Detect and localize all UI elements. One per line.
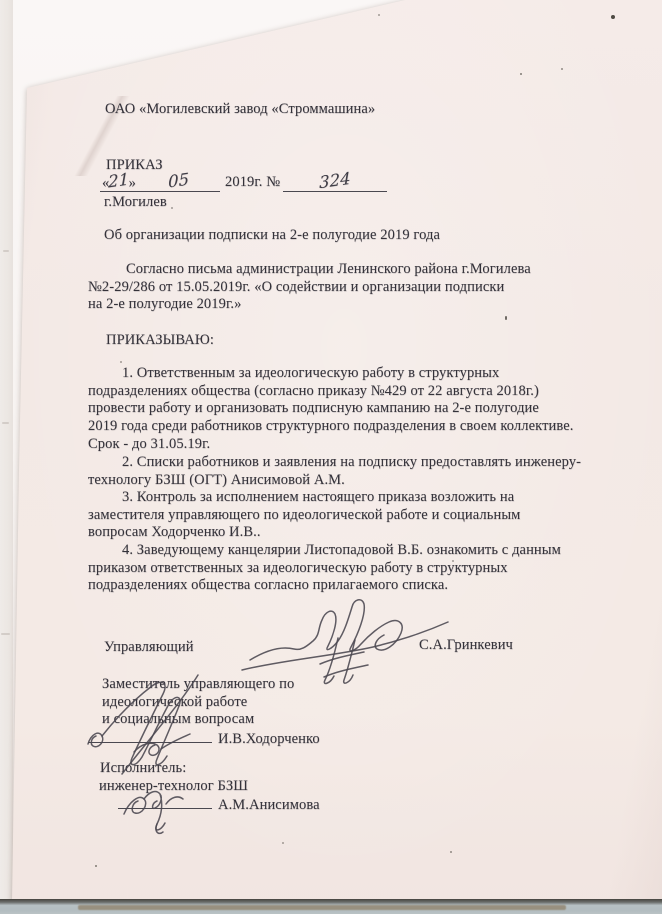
deputy-title: Заместитель управляющего по идеологическ… [102,676,642,729]
document-content: ОАО «Могилевский завод «Строммашина» ПРИ… [0,0,662,914]
date-month-blank: 05 [138,173,220,192]
paper-speck [611,15,615,19]
paper-speck [452,560,454,562]
intro-paragraph: Согласно письма администрации Ленинского… [88,261,628,314]
deputy-signature-row: И.В.Ходорченко [88,726,320,749]
paper-sheet: ОАО «Могилевский завод «Строммашина» ПРИ… [0,0,662,914]
deputy-name: И.В.Ходорченко [218,731,320,747]
date-day-blank: «21» [100,173,138,192]
executor-name: А.М.Анисимова [218,797,320,813]
order-item-1: 1. Ответственным за идеологическую работ… [88,365,628,454]
order-word: ПРИКАЗЫВАЮ: [106,332,214,350]
city: г.Могилев [104,194,167,212]
paper-sheet-wrap: ОАО «Могилевский завод «Строммашина» ПРИ… [0,0,662,914]
paper-speck [95,865,97,867]
paper-speck [378,14,380,16]
scan-dirt-band [78,905,566,910]
paper-speck [520,73,522,75]
org-name: ОАО «Могилевский завод «Строммашина» [105,101,375,119]
order-item-4: 4. Заведующему канцелярии Листопадовой В… [88,542,628,595]
order-item-2: 2. Списки работников и заявления на подп… [88,454,628,489]
handwritten-day: 21 [108,170,129,191]
manager-title: Управляющий [104,639,194,657]
date-number-line: «21» 05 2019г. № 324 [100,173,387,192]
paper-speck [505,316,507,320]
scan-bottom-edge [0,899,662,914]
subject-line: Об организации подписки на 2-е полугодие… [104,227,440,245]
year-number-label: 2019г. № [220,174,283,192]
handwritten-order-number: 324 [319,170,351,192]
paper-speck [171,207,173,209]
order-item-3: 3. Контроль за исполнением настоящего пр… [88,489,628,542]
deputy-signature-line [88,726,212,743]
manager-name: С.А.Гринкевич [419,637,513,655]
quote-close: » [129,175,136,191]
paper-speck [450,851,452,853]
paper-speck [561,68,563,70]
executor-label: Исполнитель: [100,760,186,778]
paper-speck [282,842,284,844]
executor-signature-row: А.М.Анисимова [118,792,320,815]
order-number-blank: 324 [283,173,387,192]
executor-signature-line [118,792,212,809]
handwritten-month: 05 [168,170,189,191]
paper-speck [120,361,122,363]
